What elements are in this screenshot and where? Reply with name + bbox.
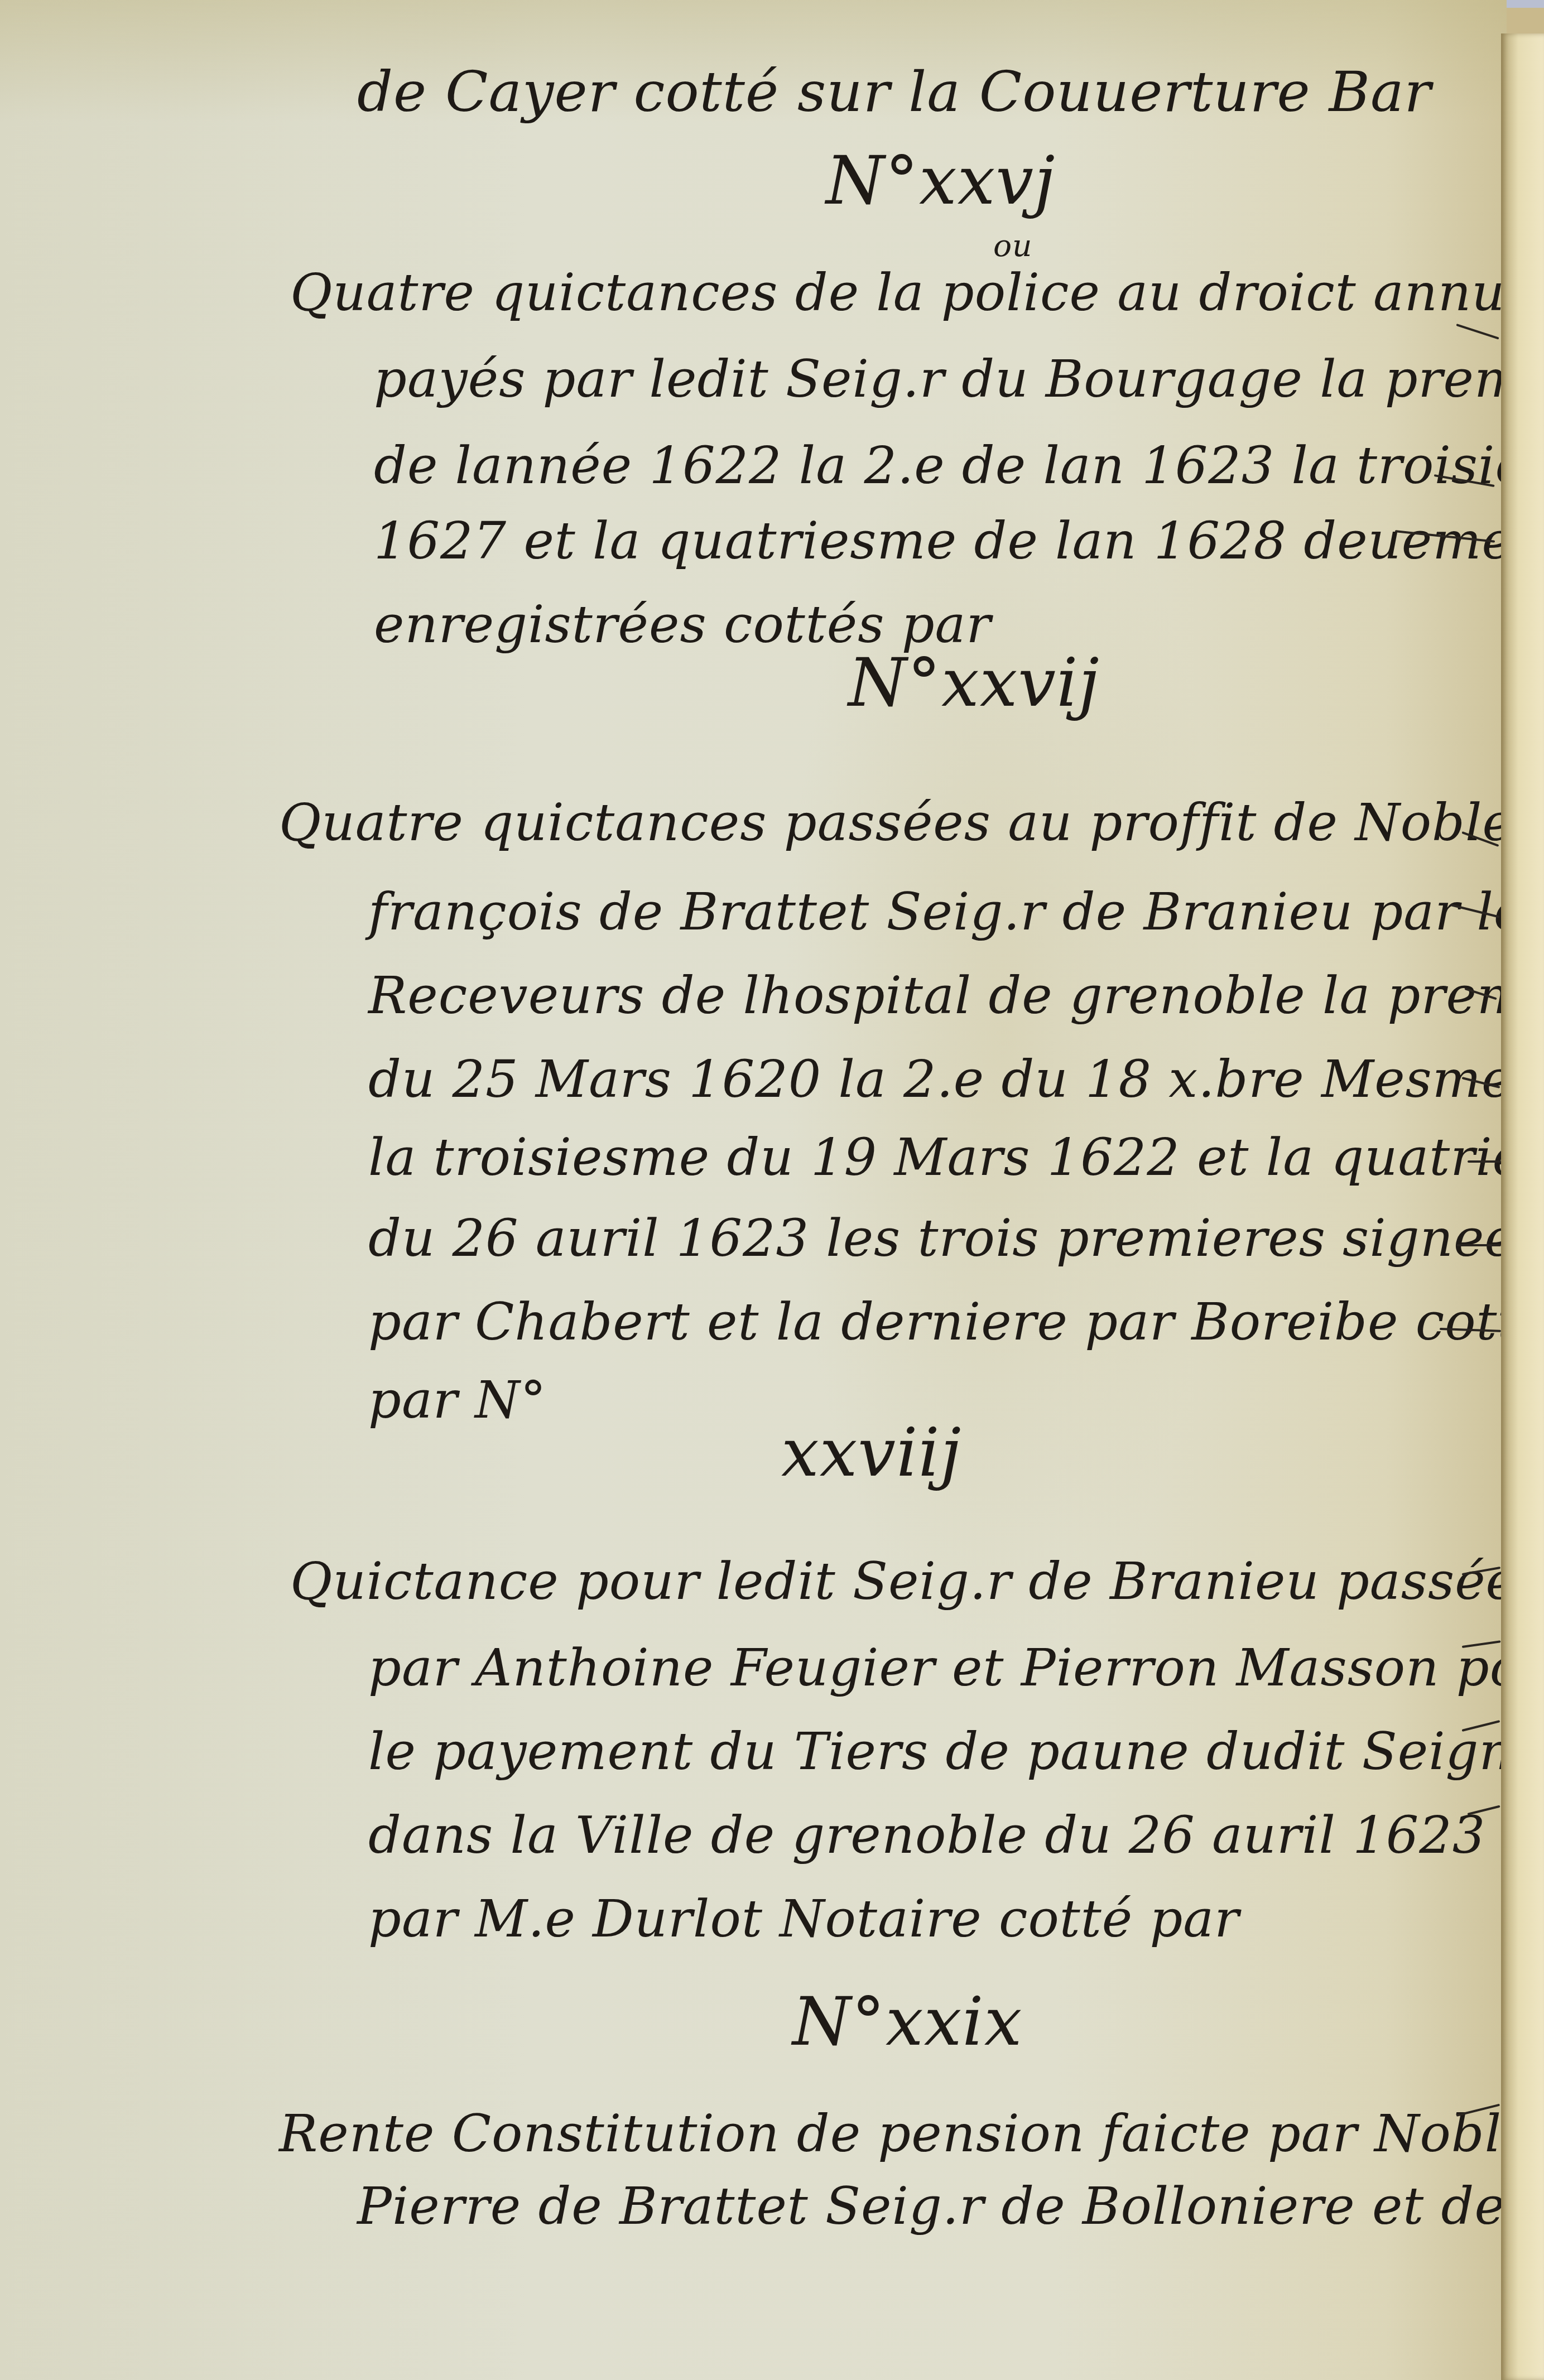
entry-26-line-4: 1627 et la quatriesme de lan 1628 deueme… xyxy=(374,510,1544,572)
entry-27-line-7: par Chabert et la derniere par Boreibe c… xyxy=(368,1292,1544,1353)
entry-27-line-5: la troisiesme du 19 Mars 1622 et la quat… xyxy=(368,1127,1544,1188)
top-line: de Cayer cotté sur la Couuerture Bar xyxy=(357,61,1431,123)
entry-27-line-6: du 26 auril 1623 les trois premieres sig… xyxy=(368,1208,1542,1269)
entry-28-line-5: par M.e Durlot Notaire cotté par xyxy=(368,1888,1239,1950)
entry-26-line-1: Quatre quictances de la police au droict… xyxy=(290,262,1544,324)
entry-27-line-8: par N° xyxy=(368,1370,546,1431)
entry-heading-26: N°xxvj xyxy=(826,145,1055,218)
entry-heading-27: N°xxvij xyxy=(848,647,1100,720)
line-filler-dash xyxy=(1456,1244,1501,1246)
entry-28-line-1: Quictance pour ledit Seig.r de Branieu p… xyxy=(290,1551,1517,1612)
entry-26-line-2: payés par ledit Seig.r du Bourgage la pr… xyxy=(374,349,1544,410)
manuscript-page: de Cayer cotté sur la Couuerture Bar N°x… xyxy=(0,0,1507,2380)
entry-28-line-2: par Anthoine Feugier et Pierron Masson p… xyxy=(368,1637,1544,1699)
entry-26-line-3: de lannée 1622 la 2.e de lan 1623 la tro… xyxy=(374,435,1544,497)
adjacent-page-edge xyxy=(1501,33,1544,2380)
interlinear-correction: ou xyxy=(993,228,1033,263)
entry-29-line-2: Pierre de Brattet Seig.r de Bolloniere e… xyxy=(357,2176,1544,2237)
entry-27-line-4: du 25 Mars 1620 la 2.e du 18 x.bre Mesme… xyxy=(368,1049,1544,1110)
entry-28-line-3: le payement du Tiers de paune dudit Seig… xyxy=(368,1721,1544,1782)
entry-28-line-4: dans la Ville de grenoble du 26 auril 16… xyxy=(368,1805,1544,1866)
line-filler-dash xyxy=(1468,1160,1501,1163)
entry-27-line-3: Receveurs de lhospital de grenoble la pr… xyxy=(368,965,1544,1027)
entry-heading-28: xxviij xyxy=(781,1417,961,1490)
entry-heading-29: N°xxix xyxy=(792,1986,1022,2059)
entry-27-line-2: françois de Brattet Seig.r de Branieu pa… xyxy=(368,881,1544,943)
entry-29-line-1: Rente Constitution de pension faicte par… xyxy=(279,2103,1533,2165)
entry-27-line-1: Quatre quictances passées au proffit de … xyxy=(279,792,1513,854)
line-filler-dash xyxy=(1456,324,1499,340)
